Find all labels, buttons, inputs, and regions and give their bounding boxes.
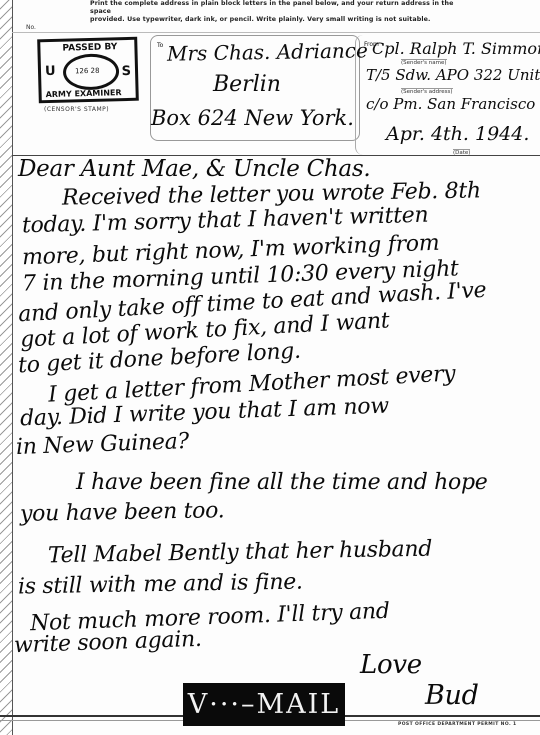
censor-number: 126 28 bbox=[75, 67, 100, 76]
letter-line: write soon again. bbox=[14, 627, 202, 659]
instructions-line-2: provided. Use typewriter, dark ink, or p… bbox=[90, 16, 470, 24]
censor-stamp: PASSED BY U 126 28 S ARMY EXAMINER bbox=[37, 37, 139, 104]
censor-u: U bbox=[45, 64, 56, 79]
censor-stamp-label: (CENSOR'S STAMP) bbox=[44, 106, 109, 113]
letter-salutation: Dear Aunt Mae, & Uncle Chas. bbox=[18, 156, 370, 182]
censor-s: S bbox=[121, 64, 131, 79]
sender-panel: From Cpl. Ralph T. Simmons (Sender's nam… bbox=[355, 35, 540, 155]
sender-name-caption: (Sender's name) bbox=[401, 59, 447, 66]
sender-address: T/5 Sdw. APO 322 Unit bbox=[366, 66, 540, 84]
left-margin-hatching bbox=[0, 0, 13, 735]
letter-line: you have been too. bbox=[20, 498, 225, 527]
letter-line: is still with me and is fine. bbox=[18, 570, 303, 600]
sender-address-line-2: c/o Pm. San Francisco Calif. bbox=[366, 95, 540, 113]
sender-address-caption: (Sender's address) bbox=[401, 88, 453, 95]
letter-line: in New Guinea? bbox=[16, 429, 190, 460]
recipient-address-panel: To Mrs Chas. Adriance Berlin Box 624 New… bbox=[150, 35, 360, 141]
post-office-permit: POST OFFICE DEPARTMENT PERMIT NO. 1 bbox=[398, 722, 517, 727]
form-instructions: Print the complete address in plain bloc… bbox=[90, 0, 470, 24]
number-label: No. bbox=[26, 24, 36, 31]
letter-line: Tell Mabel Bently that her husband bbox=[48, 537, 432, 569]
letter-closing: Love bbox=[360, 650, 422, 680]
recipient-name: Mrs Chas. Adriance bbox=[167, 38, 368, 66]
to-label: To bbox=[157, 42, 163, 49]
recipient-box-state: Box 624 New York. bbox=[151, 106, 354, 130]
letter-signature: Bud bbox=[425, 680, 479, 711]
letter-line: I have been fine all the time and hope bbox=[76, 470, 488, 495]
instructions-line-1: Print the complete address in plain bloc… bbox=[90, 0, 470, 16]
top-divider bbox=[12, 32, 540, 33]
letter-date: Apr. 4th. 1944. bbox=[386, 123, 529, 145]
censor-army-examiner: ARMY EXAMINER bbox=[46, 88, 122, 99]
censor-passed-by: PASSED BY bbox=[62, 42, 117, 53]
recipient-city: Berlin bbox=[213, 72, 281, 97]
vmail-logo: V···–MAIL bbox=[183, 683, 345, 726]
sender-name: Cpl. Ralph T. Simmons bbox=[372, 39, 540, 58]
